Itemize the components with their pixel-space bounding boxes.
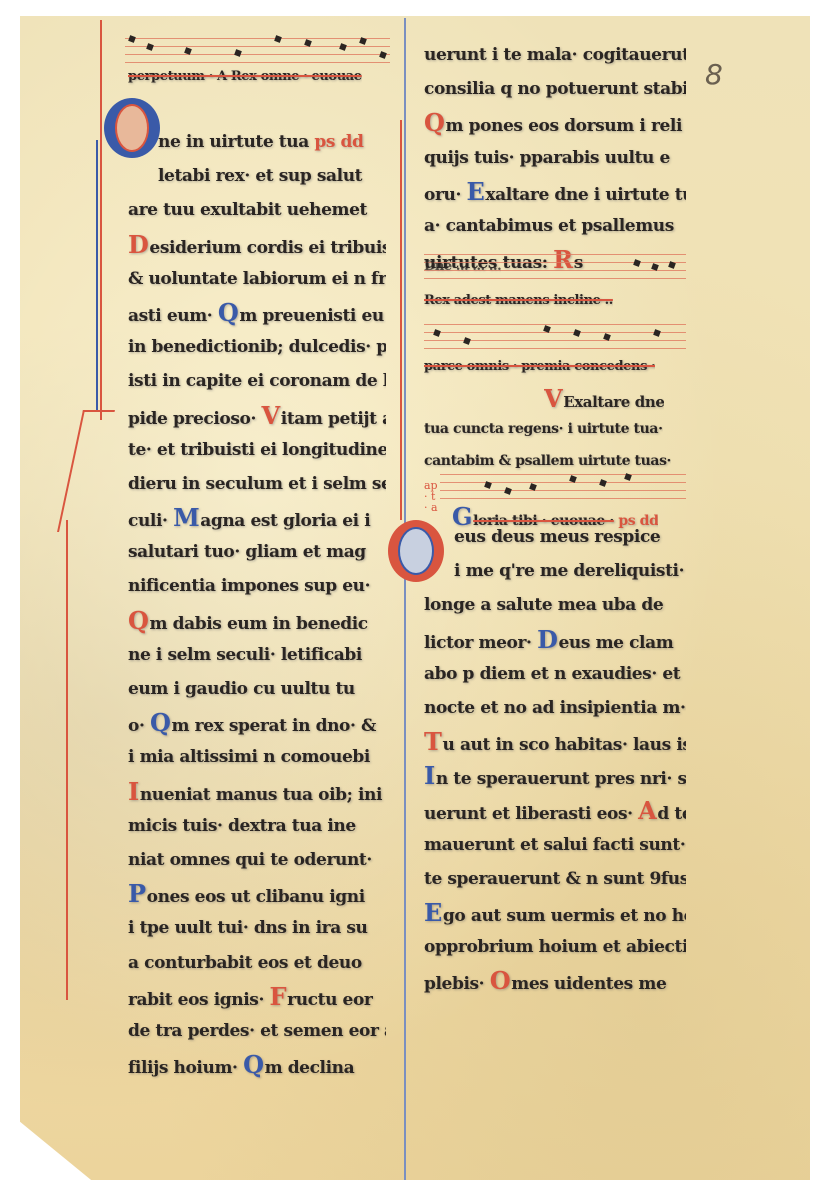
text-line: i mia altissimi n comouebi [128,740,386,774]
initial-letter: V [262,401,280,430]
line-text: isti in capite ei coronam de la [128,371,386,391]
line-text: longe a salute mea uba de [424,595,663,615]
text-line: o· Qm rex sperat in dno· & [128,706,386,740]
text-line: Qm dabis eum in benedic [128,604,386,638]
text-line: Tu aut in sco habitas· laus isrl· [424,725,686,759]
line-text: eum i gaudio cu uultu tu [128,679,355,699]
text-line: lictor meor· Deus me clam [424,623,686,657]
initial-letter: Q [424,108,445,137]
text-line: i tpe uult tui· dns in ira su [128,911,386,945]
line-text: te sperauerunt & n sunt 9fusi· [424,869,686,889]
music-text-1: Dne ... ... ... [424,250,501,284]
left-border-blue-vine [96,140,98,410]
text-line: eus deus meus respice [424,520,686,554]
left-border-red-tail [66,520,68,1000]
left-column-text: ne in uirtute tua ps ddletabi rex· et su… [128,125,386,1082]
line-text: pide precioso· [128,409,262,429]
line-text-continued: xaltare dne i uirtute tu [485,185,686,205]
line-text: niat omnes qui te oderunt· [128,850,372,870]
line-text: nificentia impones sup eu· [128,576,370,596]
center-border-blue [404,18,406,1180]
text-line: quijs tuis· pparabis uultu e [424,141,686,175]
line-text: uerunt i te mala· cogitauerut [424,45,686,65]
text-line: nocte et no ad insipientia m· [424,691,686,725]
versicle-initial: V [544,384,562,413]
line-text-continued: ructu eor [287,990,372,1010]
line-text: a conturbabit eos et deuo [128,953,362,973]
line-text: plebis· [424,974,490,994]
text-line: ne in uirtute tua ps dd [128,125,386,159]
line-text: m dabis eum in benedic [150,614,368,634]
initial-letter: D [537,625,557,654]
text-line: salutari tuo· gliam et mag [128,535,386,569]
text-line: culi· Magna est gloria ei i [128,501,386,535]
text-line: a conturbabit eos et deuo [128,946,386,980]
initial-letter: Q [128,606,149,635]
line-text: filijs hoium· [128,1058,243,1078]
line-text: m pones eos dorsum i reli [446,116,683,136]
line-text: micis tuis· dextra tua ine [128,816,356,836]
line-text-continued: agna est gloria ei i [200,511,370,531]
line-text-continued: m preuenisti eu [239,306,384,326]
psalm-rubric: ps dd [309,132,364,152]
text-line: Desiderium cordis ei tribuisti ei· [128,228,386,262]
side-rubric: ap · t · a [424,480,438,513]
line-text-continued: m declina [265,1058,355,1078]
line-text: i tpe uult tui· dns in ira su [128,918,367,938]
rubric-line-left: perpetuum · A Rex omne · euouae [128,60,362,94]
line-text: te· et tribuisti ei longitudine [128,440,386,460]
line-text: salutari tuo· gliam et mag [128,542,366,562]
text-line: plebis· Omes uidentes me [424,964,686,998]
text-line: abo p diem et n exaudies· et [424,657,686,691]
initial-letter: E [424,898,442,927]
text-line: micis tuis· dextra tua ine [128,809,386,843]
text-line: isti in capite ei coronam de la [128,364,386,398]
line-text: are tuu exultabit uehemet [128,200,367,220]
initial-letter: E [467,177,485,206]
text-line: i me q're me dereliquisti· [424,554,686,588]
line-text: go aut sum uermis et no ho· [443,906,686,926]
line-text: opprobrium hoium et abiectio [424,937,686,957]
line-text-continued: itam petijt a [281,409,386,429]
line-text: in benedictionib; dulcedis· posu [128,337,386,357]
line-text: ne in uirtute tua [158,132,309,152]
line-text-continued: m rex sperat in dno· & [172,716,376,736]
line-text: oru· [424,185,467,205]
line-text: lictor meor· [424,633,537,653]
music-staff-3 [440,470,686,500]
line-text: esiderium cordis ei tribuisti ei· [149,238,386,258]
music-staff-2 [424,320,686,350]
line-text-continued: d te cla [657,804,686,824]
text-line: Pones eos ut clibanu igni [128,877,386,911]
initial-letter: O [490,966,511,995]
line-text: quijs tuis· pparabis uultu e [424,148,670,168]
line-text: n te sperauerunt pres nri· spa [436,769,686,789]
text-line: dieru in seculum et i selm se [128,467,386,501]
text-line: asti eum· Qm preuenisti eu [128,296,386,330]
line-text: letabi rex· et sup salut [158,166,362,186]
text-line: filijs hoium· Qm declina [128,1048,386,1082]
center-border-red [400,120,402,520]
line-text-continued: mes uidentes me [511,974,666,994]
line-text: culi· [128,511,173,531]
line-text: i me q're me dereliquisti· [454,561,684,581]
initial-letter: F [270,982,287,1011]
line-text: abo p diem et n exaudies· et [424,664,680,684]
versicle-text: Exaltare dne [563,393,664,411]
text-line: de tra perdes· et semen eor a [128,1014,386,1048]
text-line: eum i gaudio cu uultu tu [128,672,386,706]
text-line: te· et tribuisti ei longitudine [128,433,386,467]
text-line: In te sperauerunt pres nri· spa [424,759,686,793]
left-border-red-vine [100,20,102,420]
line-text: consilia q no potuerunt stabilire· [424,79,686,99]
text-line: pide precioso· Vitam petijt a [128,399,386,433]
text-line: consilia q no potuerunt stabilire· [424,72,686,106]
text-line: uerunt i te mala· cogitauerut [424,38,686,72]
text-line: mauerunt et salui facti sunt· i [424,828,686,862]
text-line: are tuu exultabit uehemet [128,193,386,227]
line-text: de tra perdes· et semen eor a [128,1021,386,1041]
line-text: & uoluntate labiorum ei n fraud [128,269,386,289]
initial-letter: D [128,230,148,259]
line-text: o· [128,716,150,736]
line-text: rabit eos ignis· [128,990,270,1010]
initial-letter: Q [218,298,239,327]
initial-letter: P [128,879,146,908]
line-text: nueniat manus tua oib; ini [140,785,382,805]
line-text: asti eum· [128,306,218,326]
right-column-text-bottom: eus deus meus respicei me q're me dereli… [424,520,686,999]
initial-letter: M [173,503,199,532]
line-text: a· cantabimus et psallemus [424,216,674,236]
music-text-3: parce omnis · premia concedens · [424,350,655,384]
initial-letter: I [424,761,435,790]
line-text: u aut in sco habitas· laus isrl· [442,735,686,755]
text-line: oru· Exaltare dne i uirtute tu [424,175,686,209]
text-line: uerunt et liberasti eos· Ad te cla [424,794,686,828]
line-text: nocte et no ad insipientia m· [424,698,686,718]
right-column-text-top: uerunt i te mala· cogitauerutconsilia q … [424,38,686,277]
initial-letter: I [128,777,139,806]
initial-letter: Q [243,1050,264,1079]
text-line: Ego aut sum uermis et no ho· [424,896,686,930]
text-line: rabit eos ignis· Fructu eor [128,980,386,1014]
initial-letter: T [424,727,441,756]
music-line-a: tua cuncta regens· i uirtute tua· [424,412,663,446]
line-text: eus deus meus respice [454,527,660,547]
text-line: in benedictionib; dulcedis· posu [128,330,386,364]
text-line: letabi rex· et sup salut [128,159,386,193]
text-line: Qm pones eos dorsum i reli [424,106,686,140]
text-line: Inueniat manus tua oib; ini [128,775,386,809]
line-text: mauerunt et salui facti sunt· i [424,835,686,855]
text-line: opprobrium hoium et abiectio [424,930,686,964]
text-line: & uoluntate labiorum ei n fraud [128,262,386,296]
text-line: niat omnes qui te oderunt· [128,843,386,877]
line-text-continued: eus me clam [559,633,674,653]
line-text: ones eos ut clibanu igni [147,887,365,907]
text-line: nificentia impones sup eu· [128,569,386,603]
initial-letter: A [638,796,656,825]
text-line: longe a salute mea uba de [424,588,686,622]
music-text-2: Rex adest manens incline .. [424,284,613,318]
text-line: ne i selm seculi· letificabi [128,638,386,672]
text-line: te sperauerunt & n sunt 9fusi· [424,862,686,896]
line-text: i mia altissimi n comouebi [128,747,370,767]
text-line: a· cantabimus et psallemus [424,209,686,243]
initial-letter: Q [150,708,171,737]
line-text: ne i selm seculi· letificabi [128,645,362,665]
folio-number: 8 [705,58,723,91]
line-text: uerunt et liberasti eos· [424,804,638,824]
music-block-right: Dne ... ... ... Rex adest manens incline… [424,250,686,490]
line-text: dieru in seculum et i selm se [128,474,386,494]
